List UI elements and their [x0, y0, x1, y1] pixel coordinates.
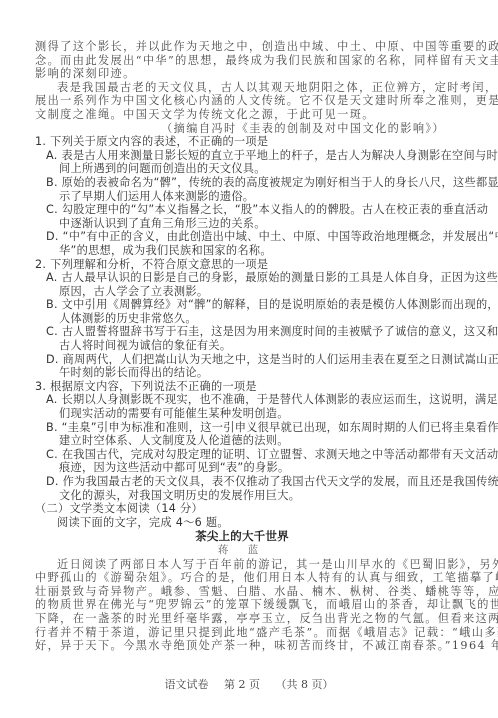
option-d-cont: 文化的源头，对我国文明历史的发展作用巨大。	[35, 489, 449, 503]
passage-line: 测得了这个影长，并以此作为天地之中，创造出中域、中土、中原、中国等重要的政治地理…	[35, 40, 449, 54]
option-b: B. “圭臬”引申为标准和准则，这一引申义很早就已出现，如东周时期的人们已将圭臬…	[35, 421, 449, 435]
option-c: C. 勾股定理中的“勾”本义指晷之长，“股”本义指人的的髀股。古人在校正表的垂直…	[35, 203, 449, 217]
passage-source: （摘编自冯时《圭表的创制及对中国文化的影响》）	[35, 122, 449, 136]
question-stem: 3. 根据原文内容，下列说法不正确的一项是	[35, 380, 449, 394]
option-d: D. 商周两代，人们把嵩山认为天地之中，这是当时的人们运用圭表在夏至之日测试嵩山…	[35, 353, 449, 367]
option-c-cont: 痕迹，因为这些活动中都可见到“表”的身影。	[35, 461, 449, 475]
footer-total-pages: （共 8 页）	[276, 678, 334, 691]
footer-subject: 语文试卷	[165, 678, 209, 691]
option-d: D. “中”有中正的含义，由此创造出中域、中土、中原、中国等政治地理概念，并发展…	[35, 230, 449, 244]
option-b: B. 原始的表被命名为“髀”，传统的表的高度被规定为刚好相当于人的身长八尺，这些…	[35, 176, 449, 190]
option-b-cont: 建立时空体系、人文制度及人伦道德的法则。	[35, 434, 449, 448]
question-3: 3. 根据原文内容，下列说法不正确的一项是 A. 长期以人身测影既不现实，也不准…	[35, 380, 449, 502]
article-line: 近日阅读了两部日本人写于百年前的游记，其一是山川早水的《巴蜀旧影》，另外一部是	[35, 558, 449, 572]
option-a-cont: 原因，古人学会了立表测影。	[35, 285, 449, 299]
article-line: 壮丽景致与奇异物产。峨参、雪魁、白腊、水晶、楠木、枞树、谷类、蟠桃等等，应有尽有…	[35, 585, 449, 599]
option-a: A. 表是古人用来测量日影长短的直立于平地上的杆子，是古人为解决人身测影在空间与…	[35, 149, 449, 163]
article-line: 的物质世界在佛光与“兜罗锦云”的笼罩下缓缓飘飞，而峨眉山的茶香，却让飘飞的世界舒…	[35, 598, 449, 612]
exam-page: 测得了这个影长，并以此作为天地之中，创造出中域、中土、中原、中国等重要的政治地理…	[35, 40, 449, 653]
question-stem: 2. 下列理解和分析，不符合原文意思的一项是	[35, 258, 449, 272]
option-b-cont: 人体测影的历史非常悠久。	[35, 312, 449, 326]
option-b-cont: 示了早期人们运用人体来测影的遗俗。	[35, 190, 449, 204]
option-c: C. 在我国古代，完成对勾股定理的证明、订立盟誓、求测天地之中等活动都带有天文活…	[35, 448, 449, 462]
article-line: 好，异于天下。今黑水寺绝顶处产茶一种，味初苦而终甘，不减江南春茶。”1964 年…	[35, 639, 449, 653]
option-c-cont: 古人将时间视为诚信的象征有关。	[35, 339, 449, 353]
passage-line: 文制度之准绳。中国天文学为传统文化之源，于此可见一斑。	[35, 108, 449, 122]
footer-page-number: 第 2 页	[224, 678, 260, 691]
passage-line: 展出一系列作为中国文化核心内涵的人文传统。它不仅是天文建时所奉之准则，更是经纬人	[35, 94, 449, 108]
option-c: C. 古人盟誓将盟辞书写于石圭，这是因为用来测度时间的圭被赋予了诚信的意义，这又…	[35, 325, 449, 339]
article-line: 行者并不精于茶道，游记里只提到此地“盛产毛茶”。而据《峨眉志》记载：“峨山多药草…	[35, 626, 449, 640]
option-a: A. 长期以人身测影既不现实，也不准确，于是替代人体测影的表应运而生，这说明，满…	[35, 393, 449, 407]
passage-line: 念。而由此发展出“中华”的思想，最终成为我们民族和国家的名称，同样留有天文圭表活…	[35, 54, 449, 68]
question-1: 1. 下列关于原文内容的表述，不正确的一项是 A. 表是古人用来测量日影长短的直…	[35, 135, 449, 257]
option-c-cont: 中逐渐认识到了直角三角形三边的关系。	[35, 217, 449, 231]
article-author: 蒋 蓝	[35, 544, 449, 558]
article-title: 茶尖上的大千世界	[35, 530, 449, 544]
option-d-cont: 华”的思想，成为我们民族和国家的名称。	[35, 244, 449, 258]
passage-line: 表是我国最古老的天文仪具，古人以其观天地阴阳之体，正位辨方，定时考闰，并由此发	[35, 81, 449, 95]
option-d: D. 作为我国最古老的天文仪具，表不仅推动了我国古代天文学的发展，而且还是我国传…	[35, 475, 449, 489]
option-a: A. 古人最早认识的日影是自己的身影，最原始的测量日影的工具是人体自身，正因为这…	[35, 271, 449, 285]
passage-1: 测得了这个影长，并以此作为天地之中，创造出中域、中土、中原、中国等重要的政治地理…	[35, 40, 449, 135]
section-heading: （二）文学类文本阅读（14 分）	[35, 502, 449, 516]
section-instruction: 阅读下面的文字，完成 4～6 题。	[35, 516, 449, 530]
option-b: B. 文中引用《周髀算经》对“髀”的解释，目的是说明原始的表是模仿人体测影而出现…	[35, 298, 449, 312]
option-a-cont: 间上所遇到的问题而创造出的天文仪具。	[35, 162, 449, 176]
passage-line: 影响的深刻印迹。	[35, 67, 449, 81]
question-2: 2. 下列理解和分析，不符合原文意思的一项是 A. 古人最早认识的日影是自己的身…	[35, 258, 449, 380]
page-footer: 语文试卷 第 2 页 （共 8 页）	[0, 676, 498, 692]
question-stem: 1. 下列关于原文内容的表述，不正确的一项是	[35, 135, 449, 149]
article-line: 下降，在一盏茶的时光里纤毫毕露，亭亭玉立，反刍出背光之物的气氲。但看来这两位日本…	[35, 612, 449, 626]
option-d-cont: 午时刻的影长而得出的结论。	[35, 366, 449, 380]
section-2: （二）文学类文本阅读（14 分） 阅读下面的文字，完成 4～6 题。 茶尖上的大…	[35, 502, 449, 653]
option-a-cont: 们现实活动的需要有可能催生某种发明创造。	[35, 407, 449, 421]
article-line: 中野孤山的《游蜀杂俎》。巧合的是，他们用日本人特有的认真与细致，工笔描摹了峨眉山…	[35, 571, 449, 585]
